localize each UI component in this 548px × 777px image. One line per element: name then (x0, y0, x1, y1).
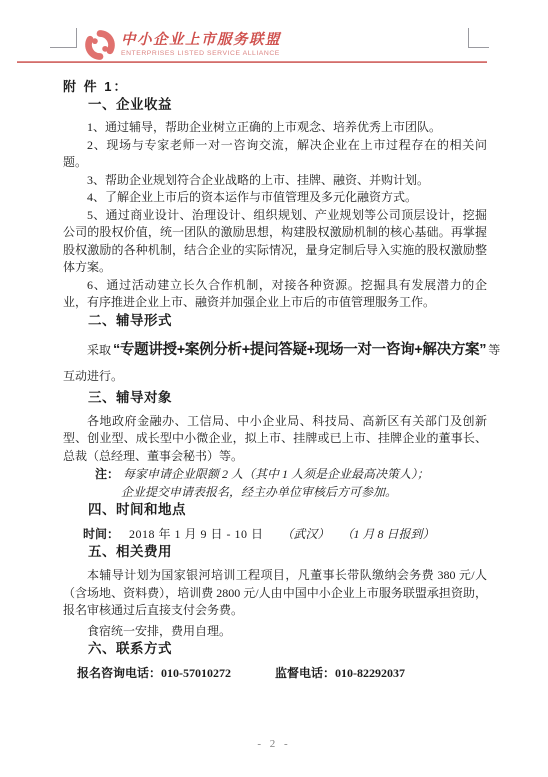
benefits-list: 1、通过辅导，帮助企业树立正确的上市观念、培养优秀上市团队。 2、现场与专家老师… (63, 119, 487, 312)
logo-text-block: 中小企业上市服务联盟 ENTERPRISES LISTED SERVICE AL… (121, 29, 281, 58)
fees-body: 本辅导计划为国家银河培训工程项目，凡董事长带队缴纳会务费 380 元/人（含场地… (63, 567, 487, 620)
benefit-item-4: 4、了解企业上市后的资本运作与市值管理及多元化融资方式。 (63, 189, 487, 207)
time-line: 时间：2018 年 1 月 9 日 - 10 日（武汉）（1 月 8 日报到） (63, 525, 487, 543)
format-tail: 互动进行。 (63, 363, 487, 389)
time-location: （武汉） (282, 527, 330, 541)
note-text-1: 每家申请企业限额 2 人（其中 1 人须是企业最高决策人）； (123, 467, 429, 481)
format-line: 采取“专题讲授+案例分析+提问答疑+现场一对一咨询+解决方案”等 (63, 337, 487, 363)
page-number: - 2 - (0, 738, 548, 750)
section-heading-benefits: 一、企业收益 (63, 96, 487, 114)
section-heading-contact: 六、联系方式 (63, 640, 487, 658)
benefit-item-5: 5、通过商业设计、治理设计、组织规划、产业规划等公司顶层设计，挖掘公司的股权价值… (63, 207, 487, 277)
header-crop-mark-left (50, 28, 77, 48)
contact-phone-registration: 报名咨询电话：010-57010272 (77, 666, 231, 680)
time-label: 时间： (83, 527, 119, 541)
fees-extra: 食宿统一安排，费用自理。 (63, 622, 487, 640)
format-suffix: 等 (488, 343, 500, 357)
benefit-item-3: 3、帮助企业规划符合企业战略的上市、挂牌、融资、并购计划。 (63, 172, 487, 190)
attachment-title: 附 件 1： (63, 78, 487, 96)
audience-body: 各地政府金融办、工信局、中小企业局、科技局、高新区有关部门及创新型、创业型、成长… (63, 413, 487, 466)
document-page: 中小企业上市服务联盟 ENTERPRISES LISTED SERVICE AL… (0, 0, 548, 777)
section-heading-format: 二、辅导形式 (63, 312, 487, 330)
audience-note-line2: 企业提交申请表报名，经主办单位审核后方可参加。 (63, 483, 487, 501)
swirl-logo-icon (84, 29, 116, 61)
benefit-item-6: 6、通过活动建立长久合作机制，对接各种资源。挖掘具有发展潜力的企业，有序推进企业… (63, 277, 487, 312)
contact-phone-supervision: 监督电话：010-82292037 (275, 666, 405, 680)
audience-note-line1: 注：每家申请企业限额 2 人（其中 1 人须是企业最高决策人）； (63, 465, 487, 483)
time-value: 2018 年 1 月 9 日 - 10 日 (129, 527, 264, 541)
contact-line: 报名咨询电话：010-57010272监督电话：010-82292037 (63, 664, 487, 682)
format-prefix: 采取 (87, 343, 111, 357)
format-quote: “专题讲授+案例分析+提问答疑+现场一对一咨询+解决方案” (111, 342, 488, 358)
benefit-item-2: 2、现场与专家老师一对一咨询交流，解决企业在上市过程存在的相关问题。 (63, 137, 487, 172)
header-rule (17, 61, 487, 63)
logo-subtitle: ENTERPRISES LISTED SERVICE ALLIANCE (121, 49, 281, 58)
section-heading-fees: 五、相关费用 (63, 543, 487, 561)
document-body: 附 件 1： 一、企业收益 1、通过辅导，帮助企业树立正确的上市观念、培养优秀上… (63, 78, 487, 682)
time-checkin: （1 月 8 日报到） (348, 527, 435, 541)
note-label: 注： (95, 467, 119, 481)
logo-title: 中小企业上市服务联盟 (121, 33, 281, 48)
org-logo: 中小企业上市服务联盟 ENTERPRISES LISTED SERVICE AL… (84, 29, 281, 61)
header-crop-mark-right (468, 28, 489, 48)
section-heading-time: 四、时间和地点 (63, 501, 487, 519)
benefit-item-1: 1、通过辅导，帮助企业树立正确的上市观念、培养优秀上市团队。 (63, 119, 487, 137)
section-heading-audience: 三、辅导对象 (63, 389, 487, 407)
